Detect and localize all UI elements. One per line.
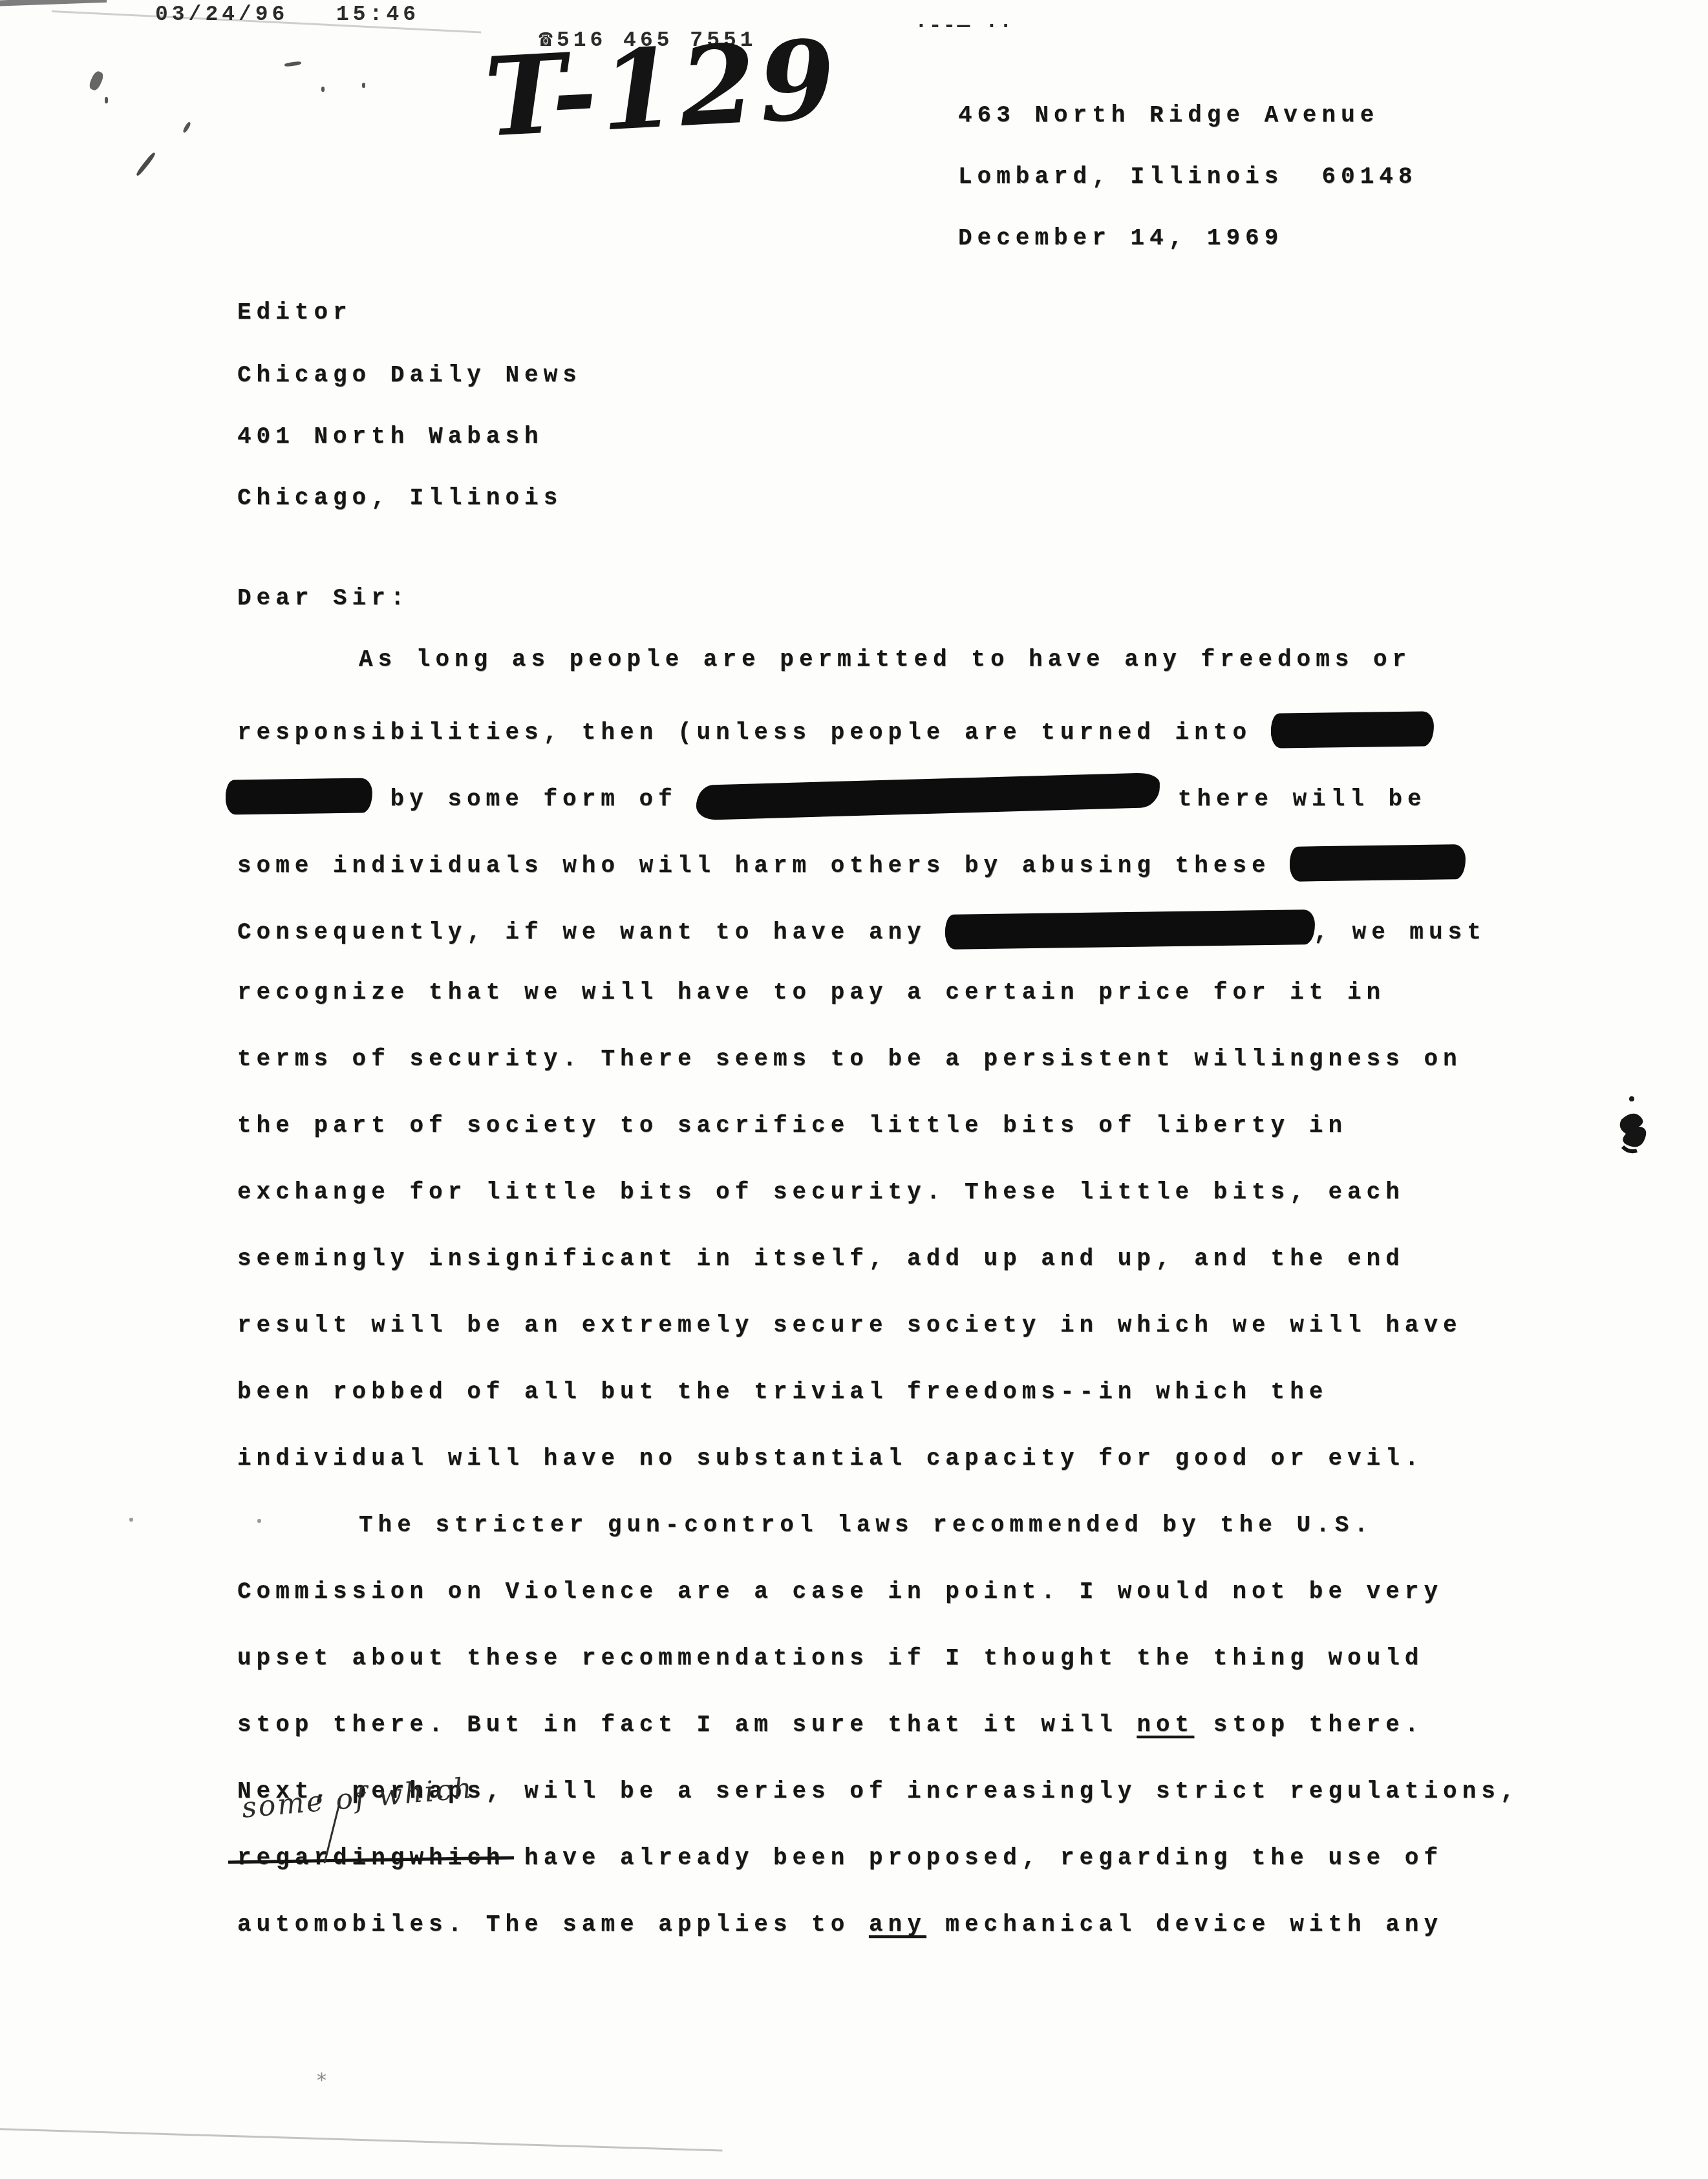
pencil-mark [362, 83, 365, 88]
typed-text: As long as people are permitted to have … [359, 646, 1411, 673]
typed-text: automobiles. The same applies to [237, 1911, 869, 1938]
redaction-mark [1270, 712, 1433, 747]
letter-line: individual will have no substantial capa… [237, 1445, 1424, 1472]
redaction-mark [696, 773, 1158, 820]
pencil-mark [321, 87, 325, 92]
typed-text: there will be [1158, 786, 1426, 813]
pencil-mark [105, 97, 108, 103]
typed-text: , we must [1314, 919, 1486, 946]
scan-artifact-bottom-line [0, 2128, 723, 2152]
typed-text: mechanical device with any [926, 1911, 1443, 1938]
scan-artifact-top-sliver [0, 0, 107, 6]
sender-address-line-2: Lombard, Illinois 60148 [958, 164, 1417, 190]
sender-date-line: December 14, 1969 [958, 225, 1283, 251]
typed-text: Commission on Violence are a case in poi… [237, 1578, 1443, 1605]
bottom-pencil-mark: ⁎ [317, 2063, 326, 2086]
struck-out-text: regardingwhich [237, 1845, 505, 1871]
letter-line: seemingly insignificant in itself, add u… [237, 1246, 1405, 1272]
letter-line: As long as people are permitted to have … [237, 646, 1411, 673]
redaction-mark [226, 778, 372, 814]
typed-text: exchange for little bits of security. Th… [237, 1179, 1405, 1206]
redaction-mark [1290, 845, 1465, 881]
typed-text: been robbed of all but the trivial freed… [237, 1379, 1328, 1405]
typed-text: the part of society to sacrifice little … [237, 1112, 1347, 1139]
sender-address-line-1: 463 North Ridge Avenue [958, 102, 1379, 129]
recipient-line-paper: Chicago Daily News [237, 362, 582, 388]
typed-text: upset about these recommendations if I t… [237, 1645, 1424, 1672]
typed-text: Consequently, if we want to have any [237, 919, 945, 946]
fax-header-right-marks: ·‐‐— ·· [915, 14, 1014, 38]
letter-line: Commission on Violence are a case in poi… [237, 1578, 1443, 1605]
typed-text: stop there. [1194, 1712, 1424, 1738]
pencil-mark [88, 70, 105, 92]
letter-line: upset about these recommendations if I t… [237, 1645, 1424, 1672]
fax-header-date: 03/24/96 [155, 3, 288, 27]
pencil-mark [129, 1518, 133, 1522]
letter-line: automobiles. The same applies to any mec… [237, 1911, 1443, 1938]
typed-text: terms of security. There seems to be a p… [237, 1046, 1462, 1072]
letter-line: responsibilities, then (unless people ar… [237, 713, 1433, 747]
salutation: Dear Sir: [237, 585, 409, 611]
letter-line: Consequently, if we want to have any , w… [237, 913, 1486, 946]
underlined-text: any [869, 1911, 926, 1938]
letter-line: result will be an extremely secure socie… [237, 1312, 1462, 1339]
margin-ink-mark [1615, 1092, 1660, 1164]
letter-line: by some form of there will be [237, 780, 1427, 813]
typed-text: by some form of [371, 786, 696, 813]
typed-text: have already been proposed, regarding th… [505, 1845, 1443, 1871]
scanned-letter-page: 03/24/96 15:46 ☎516 465 7551 ·‐‐— ·· T-1… [0, 0, 1708, 2179]
letter-line: been robbed of all but the trivial freed… [237, 1379, 1328, 1405]
typed-text: some individuals who will harm others by… [237, 853, 1290, 879]
redaction-mark [945, 910, 1314, 949]
recipient-line-city: Chicago, Illinois [237, 485, 562, 511]
typed-text: result will be an extremely secure socie… [237, 1312, 1462, 1339]
pencil-mark [182, 122, 191, 134]
letter-line: stop there. But in fact I am sure that i… [237, 1712, 1424, 1738]
letter-line: the part of society to sacrifice little … [237, 1112, 1347, 1139]
handwritten-document-code: T-129 [482, 15, 842, 161]
letter-line: some individuals who will harm others by… [237, 846, 1464, 880]
letter-line: regardingwhich have already been propose… [237, 1845, 1443, 1871]
letter-line: The stricter gun-control laws recommende… [237, 1512, 1373, 1538]
letter-line: recognize that we will have to pay a cer… [237, 979, 1385, 1006]
typed-text: individual will have no substantial capa… [237, 1445, 1424, 1472]
pencil-mark [135, 152, 156, 177]
letter-line: exchange for little bits of security. Th… [237, 1179, 1405, 1206]
underlined-text: not [1137, 1712, 1194, 1738]
letter-line: terms of security. There seems to be a p… [237, 1046, 1462, 1072]
recipient-line-street: 401 North Wabash [237, 423, 544, 450]
fax-header-time: 15:46 [336, 3, 420, 27]
typed-text: stop there. But in fact I am sure that i… [237, 1712, 1137, 1738]
recipient-line-editor: Editor [237, 299, 352, 326]
typed-text: responsibilities, then (unless people ar… [237, 719, 1271, 746]
typed-text: The stricter gun-control laws recommende… [359, 1512, 1373, 1538]
typed-text: recognize that we will have to pay a cer… [237, 979, 1385, 1006]
pencil-mark [284, 61, 302, 67]
typed-text: seemingly insignificant in itself, add u… [237, 1246, 1405, 1272]
